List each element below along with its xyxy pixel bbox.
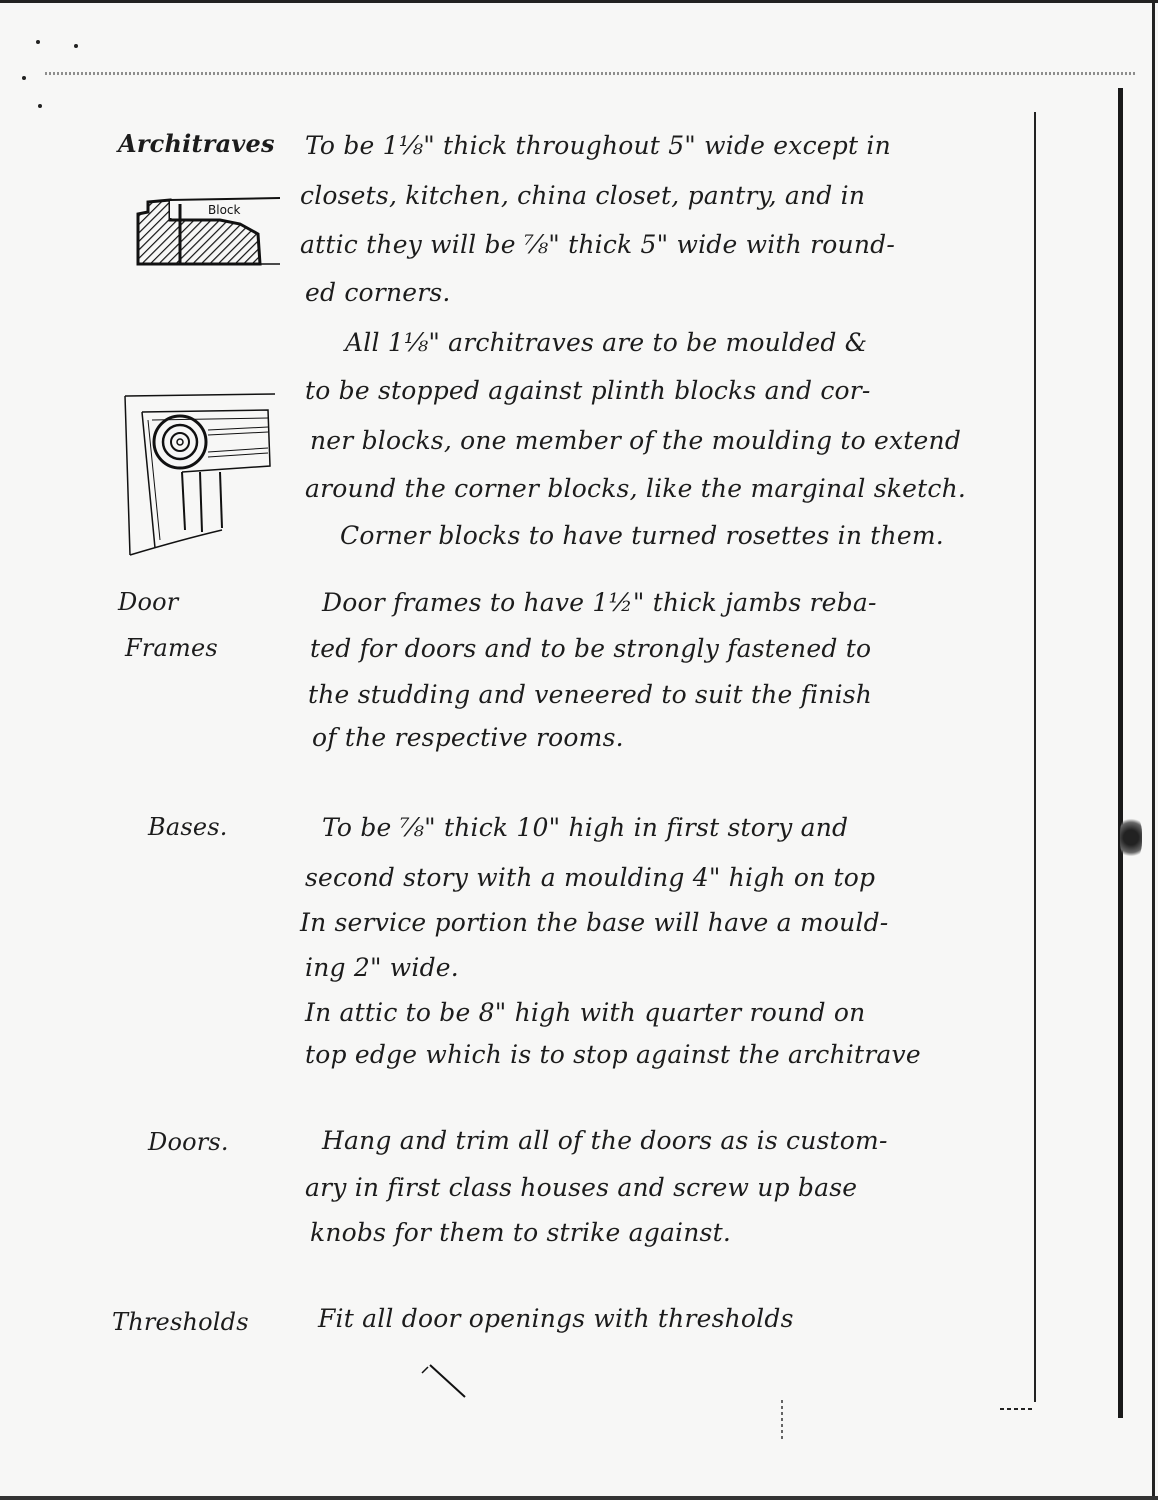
text-line: ed corners. [305, 280, 451, 305]
text-line: ary in first class houses and screw up b… [305, 1175, 857, 1200]
document-page: Architraves To be 1⅛" thick throughout 5… [0, 0, 1158, 1500]
text-line: second story with a moulding 4" high on … [305, 865, 875, 890]
scan-bottom-edge [0, 1496, 1158, 1500]
speck [22, 76, 26, 80]
section-heading-thresholds: Thresholds [112, 1310, 249, 1334]
text-line: In attic to be 8" high with quarter roun… [305, 1000, 865, 1025]
text-line: ted for doors and to be strongly fastene… [310, 636, 871, 661]
right-margin-rule [1034, 112, 1036, 1402]
text-line: top edge which is to stop against the ar… [305, 1042, 921, 1067]
corner-block-rosette-sketch [120, 390, 290, 560]
ink-smudge [1120, 815, 1142, 860]
text-line: Corner blocks to have turned rosettes in… [340, 523, 944, 548]
speck [74, 44, 78, 48]
text-line: knobs for them to strike against. [310, 1220, 731, 1245]
right-border-rule [1118, 88, 1123, 1418]
text-line: the studding and veneered to suit the fi… [308, 682, 872, 707]
text-line: of the respective rooms. [312, 725, 624, 750]
scan-right-edge [1152, 0, 1155, 1500]
sketch-label-block: Block [208, 203, 241, 217]
section-heading-bases: Bases. [148, 815, 228, 839]
text-line: Hang and trim all of the doors as is cus… [322, 1128, 888, 1153]
text-line: attic they will be ⅞" thick 5" wide with… [300, 232, 895, 257]
text-line: closets, kitchen, china closet, pantry, … [300, 183, 865, 208]
section-heading-doors: Doors. [148, 1130, 229, 1154]
speck [36, 40, 40, 44]
section-heading-frames: Frames [125, 636, 218, 660]
text-line: All 1⅛" architraves are to be moulded & [345, 330, 867, 355]
text-line: ing 2" wide. [305, 955, 459, 980]
text-line: around the corner blocks, like the margi… [305, 476, 966, 501]
section-heading-architraves: Architraves [118, 132, 275, 156]
text-line: In service portion the base will have a … [300, 910, 888, 935]
text-line: Door frames to have 1½" thick jambs reba… [322, 590, 877, 615]
text-line: To be 1⅛" thick throughout 5" wide excep… [305, 133, 891, 158]
stray-marks [770, 1400, 1070, 1480]
text-line: ner blocks, one member of the moulding t… [310, 428, 961, 453]
speck [38, 104, 42, 108]
section-heading-door: Door [118, 590, 178, 614]
architrave-section-sketch: Block [130, 190, 280, 270]
text-line: to be stopped against plinth blocks and … [305, 378, 871, 403]
scan-top-edge [0, 0, 1158, 3]
dotted-header-rule [45, 72, 1135, 75]
text-line: To be ⅞" thick 10" high in first story a… [322, 815, 848, 840]
text-line: Fit all door openings with thresholds [318, 1306, 794, 1331]
stray-pen-mark [390, 1355, 490, 1415]
